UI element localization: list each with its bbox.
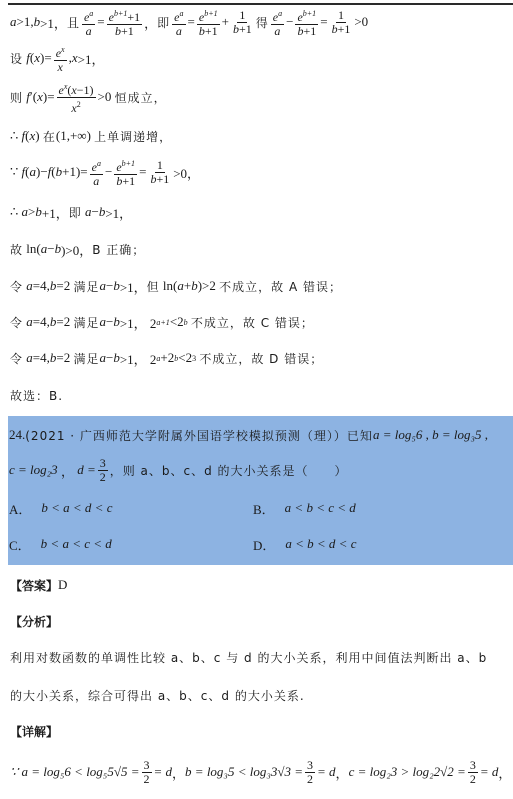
- question-source: (2021 · 广西师范大学附属外国语学校模拟预测（理））: [25, 427, 347, 444]
- detail-line-1: ∵ a = log₅6 < log₅5√5 = 32 = d， b = log₃…: [10, 757, 511, 787]
- solution-line-6: ∴ a>b+1，即 a−b>1，: [10, 197, 132, 227]
- option-d[interactable]: D． a < b < d < c: [253, 532, 356, 556]
- solution-line-10: 令 a=4,b=2 满足a−b>1， 2a+2b<23 不成立，故 D 错误；: [10, 343, 323, 373]
- answer-heading: 【答案】: [10, 577, 58, 594]
- solution-line-11: 故选：B.: [10, 380, 63, 410]
- answer-value: D: [58, 577, 67, 593]
- option-b[interactable]: B． a < b < c < d: [253, 496, 356, 520]
- question-number: 24.: [9, 427, 25, 443]
- analysis-line-2: 的大小关系，综合可得出 a、b、c、d 的大小关系.: [10, 680, 305, 710]
- analysis-heading: 【分析】: [10, 613, 58, 630]
- analysis-line-1: 利用对数函数的单调性比较 a、b、c 与 d 的大小关系，利用中间值法判断出 a…: [10, 642, 487, 672]
- solution-line-3: 则 f′(x)= ex(x−1)x2>0 恒成立，: [10, 82, 167, 112]
- solution-line-4: ∴ f(x) 在(1,+∞) 上单调递增，: [10, 121, 172, 151]
- solution-line-8: 令 a=4,b=2 满足a−b>1，但 ln(a+b)>2 不成立，故 A 错误…: [10, 271, 342, 301]
- solution-line-9: 令 a=4,b=2 满足a−b>1， 2a+1<2b 不成立，故 C 错误；: [10, 307, 314, 337]
- solution-line-2: 设 f(x)= exx,x>1，: [10, 43, 104, 73]
- top-rule: [8, 3, 513, 5]
- question-stem-line-1: 24. (2021 · 广西师范大学附属外国语学校模拟预测（理）） 已知 a =…: [9, 420, 488, 450]
- answer-line: 【答案】 D: [10, 570, 67, 600]
- option-c[interactable]: C． b < a < c < d: [9, 532, 112, 556]
- analysis-heading-row: 【分析】: [10, 606, 58, 636]
- option-a[interactable]: A． b < a < d < c: [9, 496, 112, 520]
- solution-line-1: a>1,b>1， 且 eaa= eb+1+1b+1， 即 eaa= eb+1b+…: [10, 7, 368, 37]
- detail-heading-row: 【详解】: [10, 716, 58, 746]
- detail-heading: 【详解】: [10, 723, 58, 740]
- solution-line-7: 故 ln(a−b)>0，B 正确；: [10, 234, 145, 264]
- question-stem-line-2: c = log₂3 ， d = 32 ，则 a、b、c、d 的大小关系是（ ）: [9, 455, 348, 485]
- solution-line-5: ∵ f(a)−f(b+1)= eaa− eb+1b+1= 1b+1>0，: [10, 157, 200, 187]
